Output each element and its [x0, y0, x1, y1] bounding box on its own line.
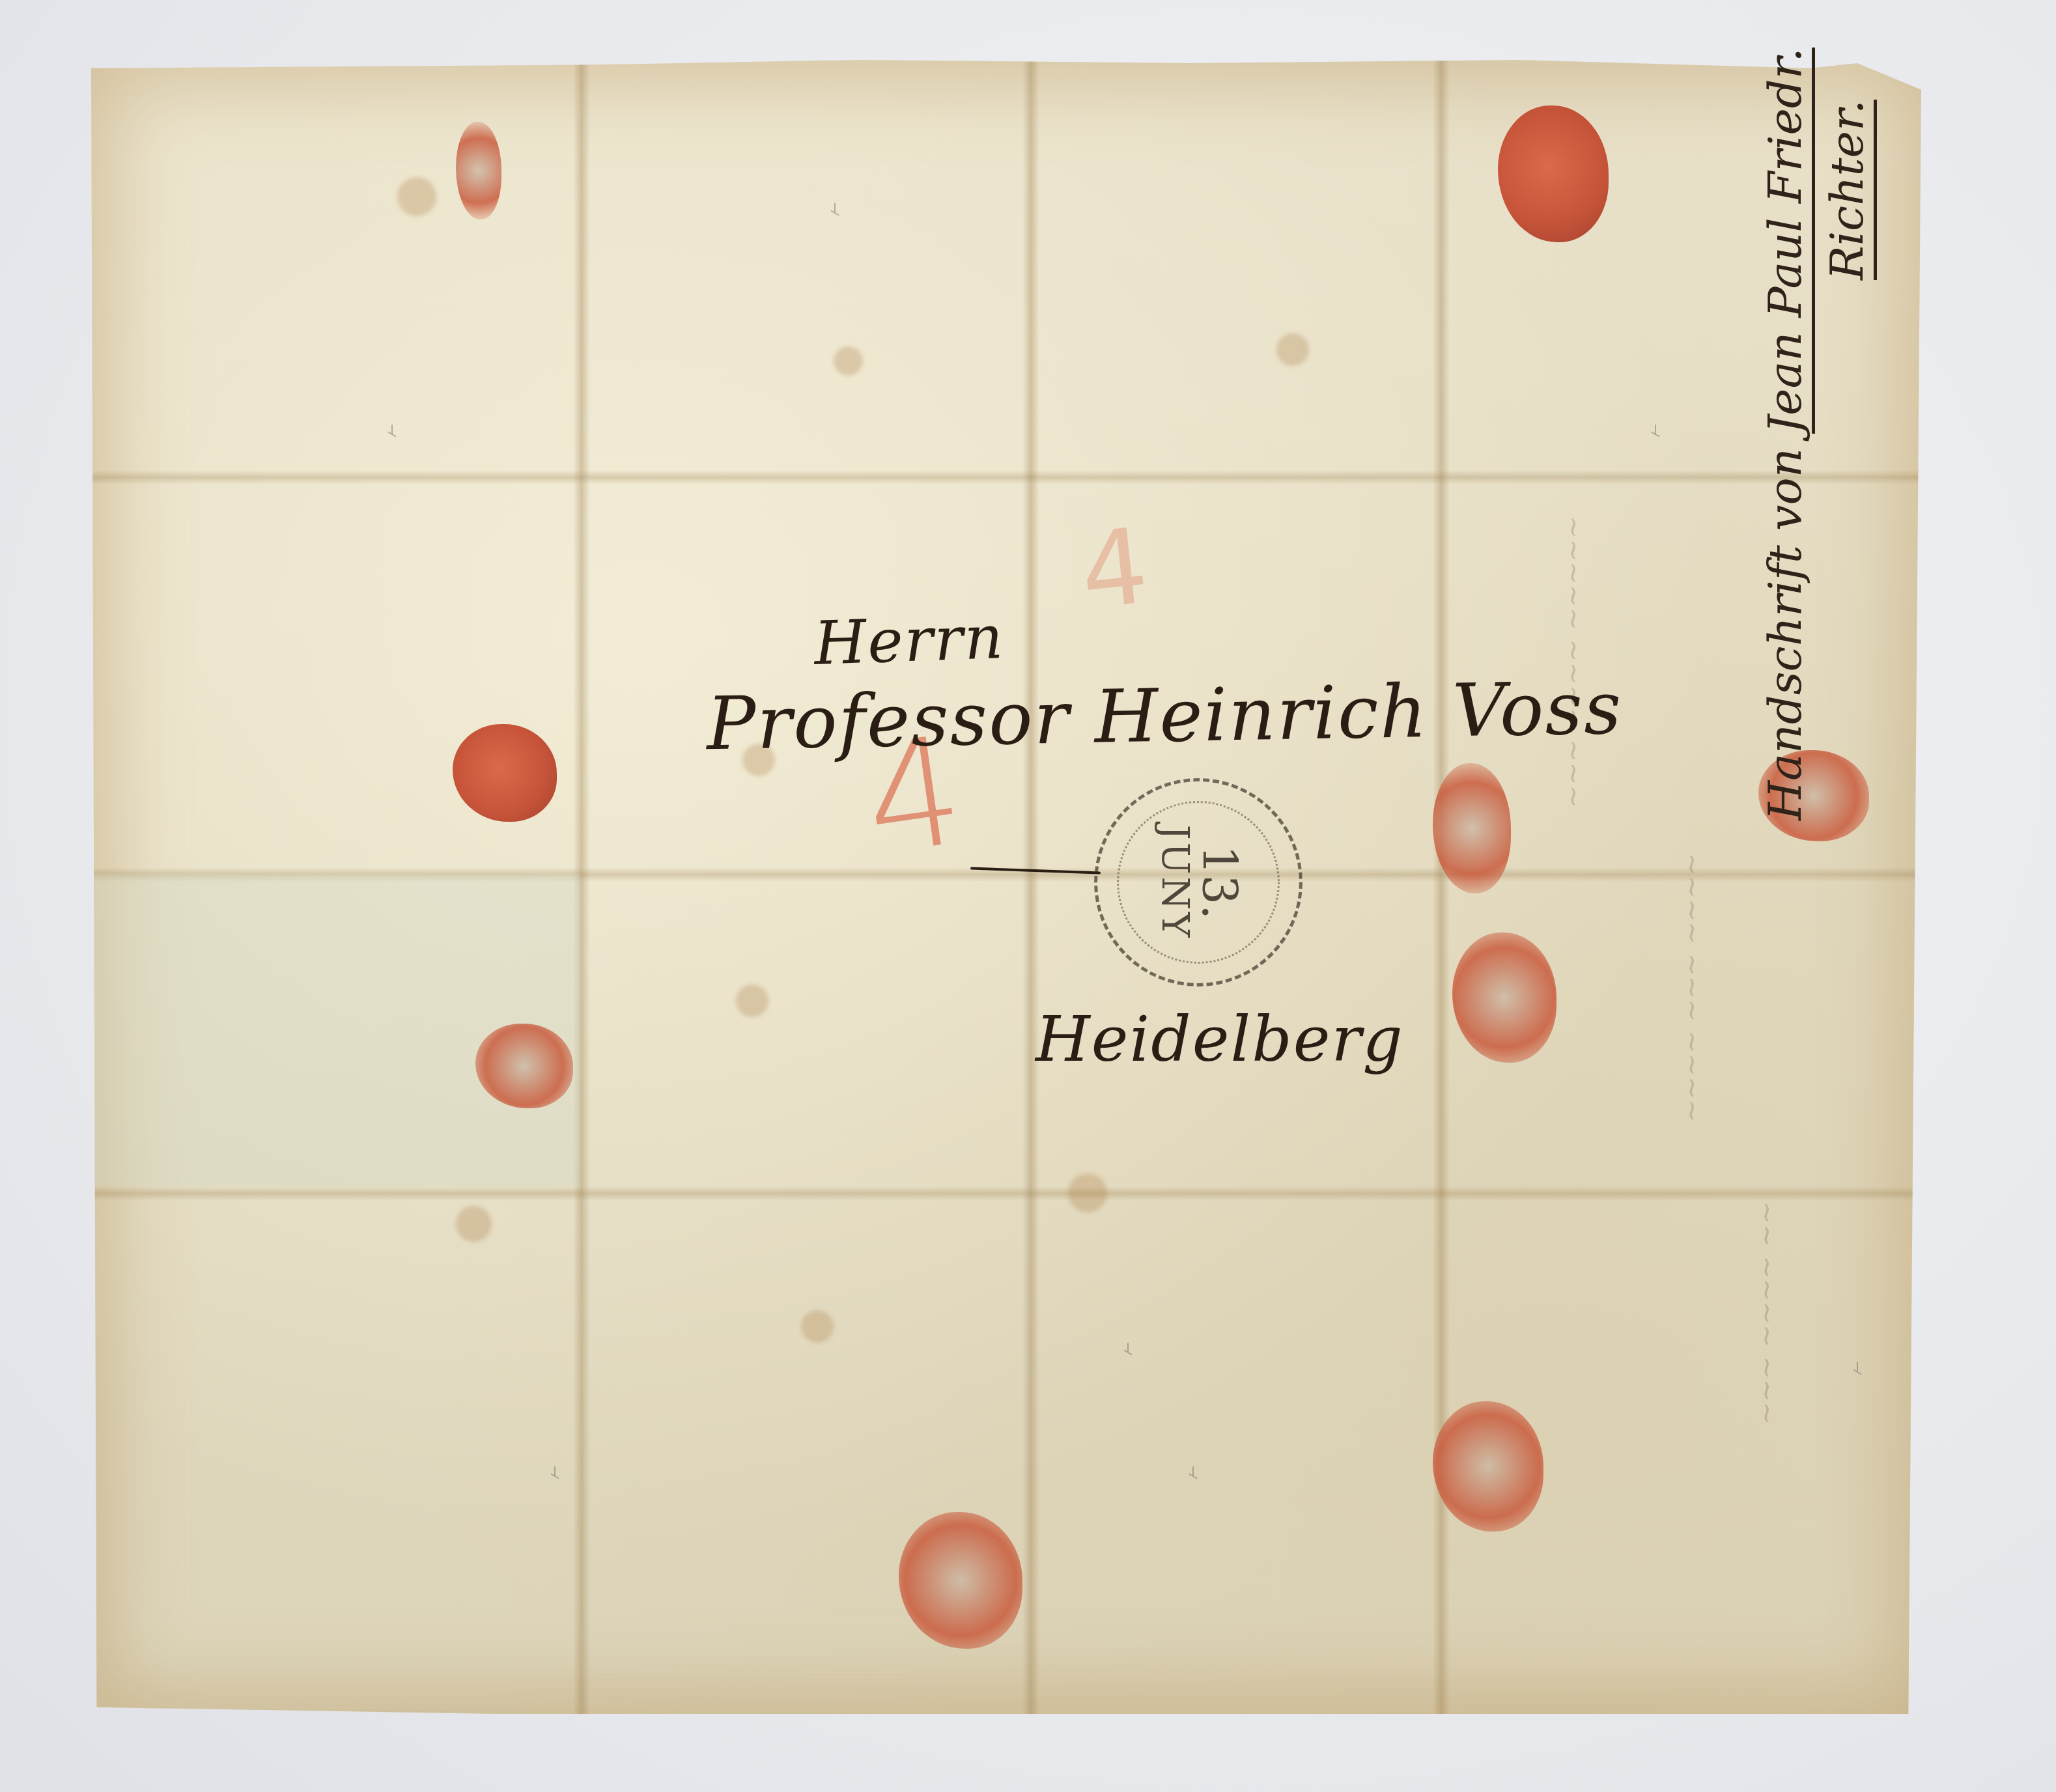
- postmark-month: JUNY: [1154, 824, 1196, 940]
- foxing-spot: [1068, 1173, 1107, 1212]
- bleed-through-text: ~~~~ ~~~ ~~~~: [1675, 853, 1707, 1123]
- pin-mark: [1850, 1362, 1865, 1378]
- pin-mark: [1648, 425, 1663, 440]
- bleed-through-text: ~~~ ~~~~ ~~: [1750, 1201, 1782, 1425]
- pin-mark: [384, 425, 400, 440]
- foxing-spot: [1276, 333, 1309, 366]
- attribution-prefix: Handschrift von: [1758, 434, 1812, 820]
- wax-seal: [456, 122, 501, 219]
- fold-line: [91, 1186, 1921, 1201]
- postmark-day: 13.: [1196, 845, 1243, 920]
- pin-mark: [827, 203, 843, 219]
- red-crayon-mark-faint: 4: [1075, 505, 1154, 633]
- address-salutation: Herrn: [813, 602, 1005, 679]
- postmark-stamp: 13. JUNY: [1094, 778, 1303, 987]
- foxing-spot: [397, 177, 436, 216]
- foxing-spot: [834, 346, 863, 376]
- attribution-note: Handschrift von Jean Paul Friedr. Richte…: [1758, 48, 1812, 820]
- foxing-spot: [736, 985, 768, 1017]
- fold-line: [1022, 60, 1039, 1714]
- attribution-name: Jean Paul Friedr.: [1758, 48, 1815, 434]
- bleed-through-text: ~~~ ~~~~ ~~~~~: [1556, 516, 1588, 808]
- address-city: Heidelberg: [1035, 1003, 1404, 1076]
- pin-mark: [1185, 1466, 1201, 1482]
- letter-sheet: ~~~ ~~~~ ~~~~~ ~~~~ ~~~ ~~~~ ~~~ ~~~~ ~~: [91, 60, 1921, 1714]
- fold-line: [91, 470, 1921, 484]
- attribution-surname: Richter.: [1820, 100, 1877, 280]
- foxing-spot: [456, 1206, 492, 1242]
- address-recipient: Professor Heinrich Voss: [706, 666, 1623, 767]
- foxing-spot: [801, 1310, 834, 1343]
- pin-mark: [1120, 1343, 1136, 1358]
- pin-mark: [547, 1466, 563, 1482]
